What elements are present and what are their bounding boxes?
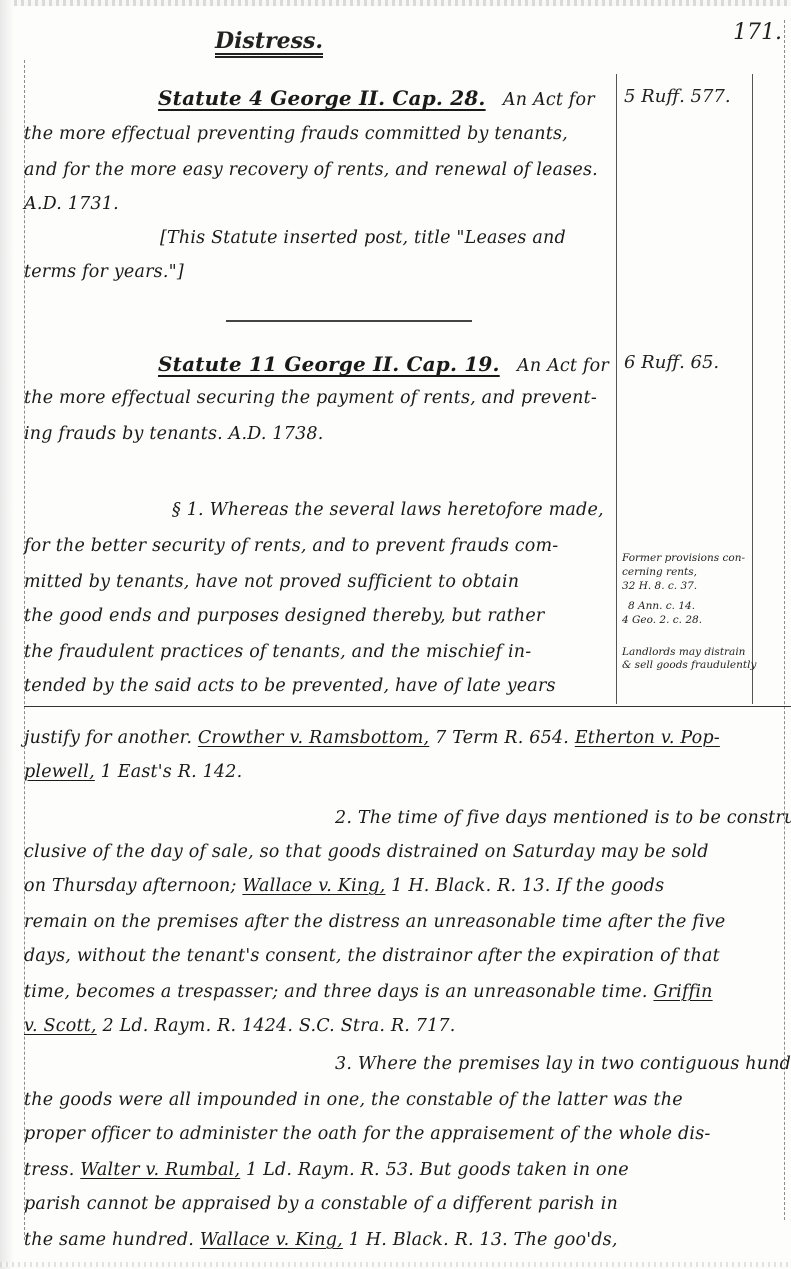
text-run: justify for another. — [24, 728, 198, 748]
text-run: 1 East's R. 142. — [95, 762, 243, 782]
text-run: proper officer to administer the oath fo… — [24, 1124, 711, 1144]
text-run: the same hundred. — [24, 1230, 200, 1250]
continuation-line: justify for another. Crowther v. Ramsbot… — [24, 728, 720, 748]
continuation-line: remain on the premises after the distres… — [24, 912, 726, 932]
statute-1-note-line: terms for years."] — [24, 262, 184, 282]
continuation-line: 2. The time of five days mentioned is to… — [335, 808, 791, 828]
case-citation: Etherton v. Pop- — [575, 728, 720, 748]
text-run: 2. The time of five days mentioned is to… — [335, 808, 791, 828]
continuation-line: v. Scott, 2 Ld. Raym. R. 1424. S.C. Stra… — [24, 1016, 456, 1036]
case-citation: Walter v. Rumbal, — [80, 1160, 240, 1180]
margin-note: 8 Ann. c. 14. — [628, 600, 695, 613]
statute-1-margin-reference: 5 Ruff. 577. — [624, 86, 731, 107]
continuation-line: the goods were all impounded in one, the… — [24, 1090, 683, 1110]
text-run: 1 H. Black. R. 13. The goo'ds, — [343, 1230, 618, 1250]
case-citation: Griffin — [653, 982, 712, 1002]
case-citation: plewell, — [24, 762, 95, 782]
text-run: tress. — [24, 1160, 80, 1180]
margin-note: & sell goods fraudulently — [622, 659, 756, 672]
section-1-line: the fraudulent practices of tenants, and… — [24, 642, 531, 662]
scan-edge-top — [0, 0, 791, 6]
text-run: parish cannot be appraised by a constabl… — [24, 1194, 618, 1214]
statute-1-line: the more effectual preventing frauds com… — [24, 124, 568, 144]
section-divider — [24, 706, 791, 707]
continuation-line: proper officer to administer the oath fo… — [24, 1124, 711, 1144]
margin-column-rule — [616, 74, 617, 704]
continuation-line: 3. Where the premises lay in two contigu… — [335, 1054, 791, 1074]
margin-note: Landlords may distrain — [622, 646, 745, 659]
section-1-line: § 1. Whereas the several laws heretofore… — [172, 500, 604, 520]
margin-note: 32 H. 8. c. 37. — [622, 580, 697, 593]
scan-edge-bottom — [0, 1262, 791, 1267]
right-edge-rule — [784, 20, 785, 1220]
statute-2-margin-reference: 6 Ruff. 65. — [624, 352, 719, 373]
case-citation: Wallace v. King, — [242, 876, 385, 896]
case-citation: Wallace v. King, — [200, 1230, 343, 1250]
case-citation: v. Scott, — [24, 1016, 97, 1036]
statute-1-line: and for the more easy recovery of rents,… — [24, 160, 598, 180]
statute-1-heading: Statute 4 George II. Cap. 28. — [158, 86, 486, 110]
text-run: 3. Where the premises lay in two contigu… — [335, 1054, 791, 1074]
continuation-line: time, becomes a trespasser; and three da… — [24, 982, 713, 1002]
margin-note: cerning rents, — [622, 566, 697, 579]
continuation-line: parish cannot be appraised by a constabl… — [24, 1194, 618, 1214]
margin-note: 4 Geo. 2. c. 28. — [622, 614, 702, 627]
statute-2-line: the more effectual securing the payment … — [24, 388, 597, 408]
section-1-line: tended by the said acts to be prevented,… — [24, 676, 556, 696]
continuation-line: clusive of the day of sale, so that good… — [24, 842, 709, 862]
section-1-line: mitted by tenants, have not proved suffi… — [24, 572, 519, 592]
page-number: 171. — [733, 20, 782, 45]
statute-2-line: ing frauds by tenants. A.D. 1738. — [24, 424, 324, 444]
margin-note: Former provisions con- — [622, 552, 745, 565]
text-run: clusive of the day of sale, so that good… — [24, 842, 709, 862]
text-run: on Thursday afternoon; — [24, 876, 242, 896]
scan-shadow-left — [0, 0, 14, 1269]
right-column-rule — [752, 74, 753, 704]
statute-separator — [226, 320, 472, 322]
text-run: 2 Ld. Raym. R. 1424. S.C. Stra. R. 717. — [97, 1016, 456, 1036]
statute-1-date: A.D. 1731. — [24, 194, 119, 214]
statute-1-intro: An Act for — [503, 90, 595, 110]
case-citation: Crowther v. Ramsbottom, — [198, 728, 429, 748]
section-1-line: for the better security of rents, and to… — [24, 536, 558, 556]
statute-1-heading-line: Statute 4 George II. Cap. 28. An Act for — [158, 86, 595, 110]
statute-2-heading: Statute 11 George II. Cap. 19. — [158, 352, 500, 376]
text-run: 1 H. Black. R. 13. If the goods — [385, 876, 664, 896]
text-run: time, becomes a trespasser; and three da… — [24, 982, 653, 1002]
continuation-line: tress. Walter v. Rumbal, 1 Ld. Raym. R. … — [24, 1160, 629, 1180]
continuation-line: the same hundred. Wallace v. King, 1 H. … — [24, 1230, 618, 1250]
statute-2-heading-line: Statute 11 George II. Cap. 19. An Act fo… — [158, 352, 609, 376]
text-run: remain on the premises after the distres… — [24, 912, 726, 932]
continuation-line: plewell, 1 East's R. 142. — [24, 762, 242, 782]
text-run: the goods were all impounded in one, the… — [24, 1090, 683, 1110]
statute-2-intro: An Act for — [517, 356, 609, 376]
page-title: Distress. — [215, 28, 323, 54]
text-run: 1 Ld. Raym. R. 53. But goods taken in on… — [240, 1160, 629, 1180]
statute-1-note-line: [This Statute inserted post, title "Leas… — [160, 228, 566, 248]
text-run: days, without the tenant's consent, the … — [24, 946, 720, 966]
text-run: 7 Term R. 654. — [429, 728, 574, 748]
continuation-line: days, without the tenant's consent, the … — [24, 946, 720, 966]
section-1-line: the good ends and purposes designed ther… — [24, 606, 544, 626]
continuation-line: on Thursday afternoon; Wallace v. King, … — [24, 876, 664, 896]
manuscript-page: Distress. 171. Statute 4 George II. Cap.… — [0, 0, 791, 1269]
